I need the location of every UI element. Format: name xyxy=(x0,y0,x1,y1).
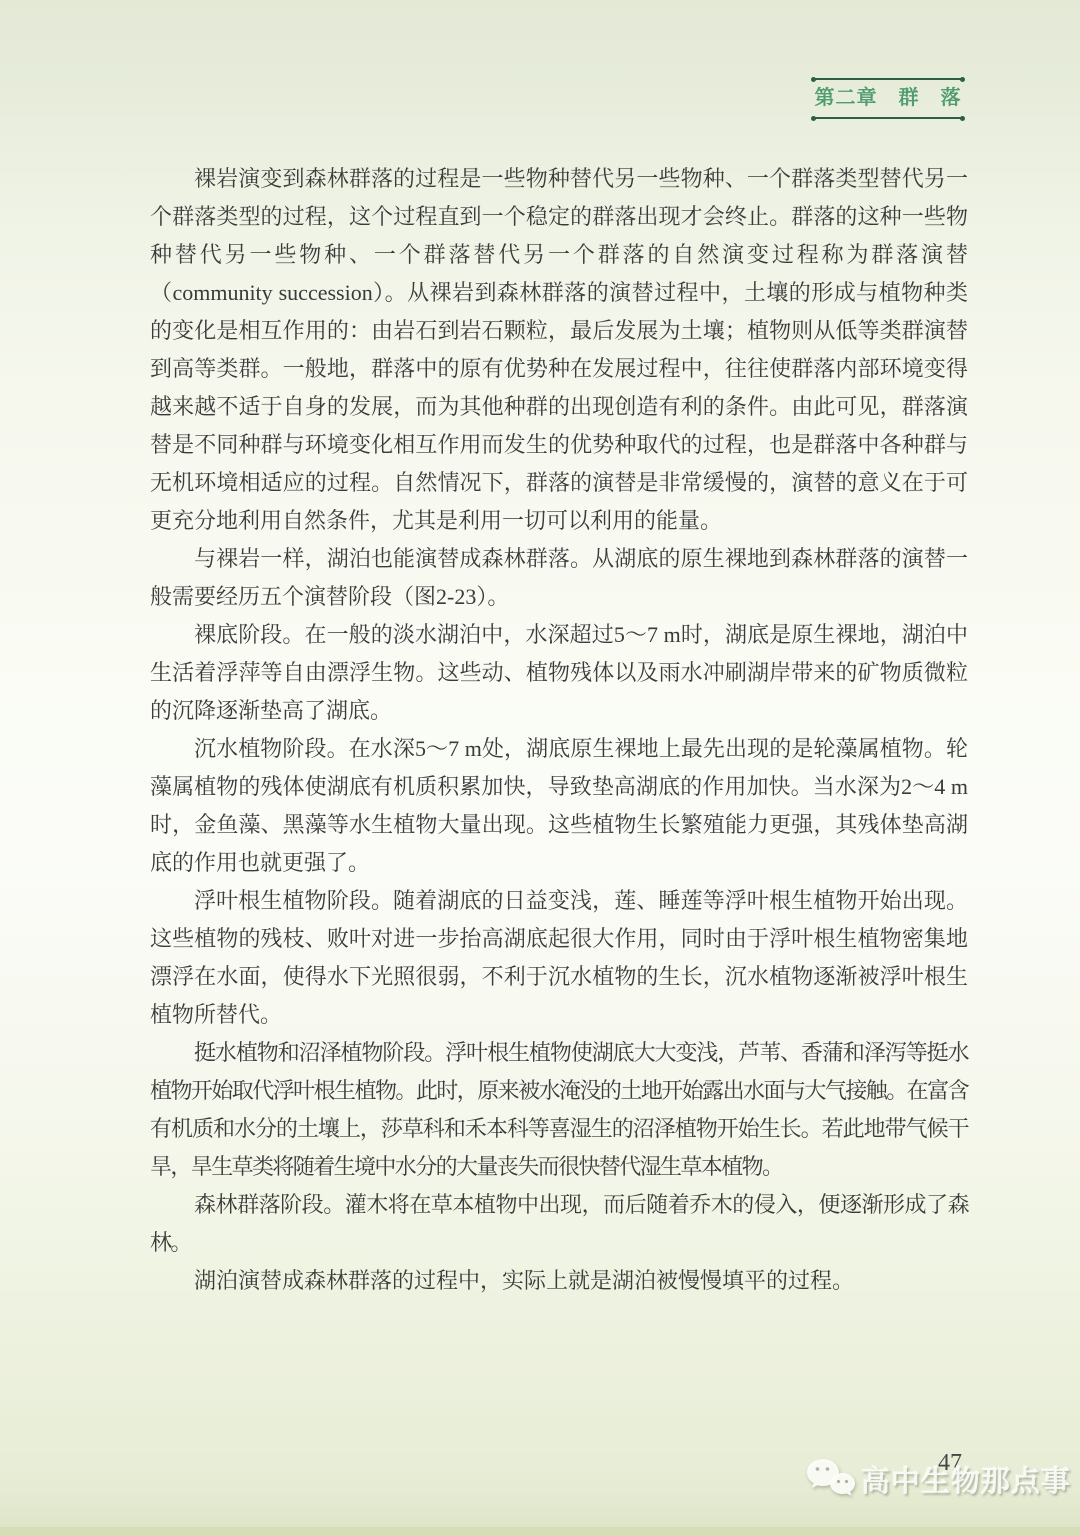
header-rule-top xyxy=(813,78,963,80)
paragraph-submerged-plant-stage: 沉水植物阶段。在水深5～7 m处，湖底原生裸地上最先出现的是轮藻属植物。轮藻属植… xyxy=(150,730,968,882)
paragraph-lake-succession-intro: 与裸岩一样，湖泊也能演替成森林群落。从湖底的原生裸地到森林群落的演替一般需要经历… xyxy=(150,540,968,616)
body-text: 裸岩演变到森林群落的过程是一些物种替代另一些物种、一个群落类型替代另一个群落类型… xyxy=(150,160,968,1300)
paragraph-floating-leaf-plant-stage: 浮叶根生植物阶段。随着湖底的日益变浅，莲、睡莲等浮叶根生植物开始出现。这些植物的… xyxy=(150,882,968,1034)
page-bottom-edge xyxy=(0,1527,1080,1536)
watermark: 高中生物那点事 xyxy=(806,1458,1071,1500)
textbook-page: 第二章 群 落 裸岩演变到森林群落的过程是一些物种替代另一些物种、一个群落类型替… xyxy=(0,0,1080,1536)
paragraph-forest-community-stage: 森林群落阶段。灌木将在草本植物中出现，而后随着乔木的侵入，便逐渐形成了森林。 xyxy=(150,1186,968,1262)
wechat-icon xyxy=(806,1458,856,1500)
chapter-header: 第二章 群 落 xyxy=(813,78,963,119)
paragraph-lake-filling-conclusion: 湖泊演替成森林群落的过程中，实际上就是湖泊被慢慢填平的过程。 xyxy=(150,1262,968,1300)
paragraph-emergent-swamp-plant-stage: 挺水植物和沼泽植物阶段。浮叶根生植物使湖底大大变浅，芦苇、香蒲和泽泻等挺水植物开… xyxy=(150,1034,968,1186)
paragraph-bare-bottom-stage: 裸底阶段。在一般的淡水湖泊中，水深超过5～7 m时，湖底是原生裸地，湖泊中生活着… xyxy=(150,616,968,730)
header-rule-bottom xyxy=(813,117,963,119)
watermark-text: 高中生物那点事 xyxy=(861,1459,1071,1500)
paragraph-bare-rock-succession: 裸岩演变到森林群落的过程是一些物种替代另一些物种、一个群落类型替代另一个群落类型… xyxy=(150,160,968,540)
chapter-title: 第二章 群 落 xyxy=(813,80,963,117)
